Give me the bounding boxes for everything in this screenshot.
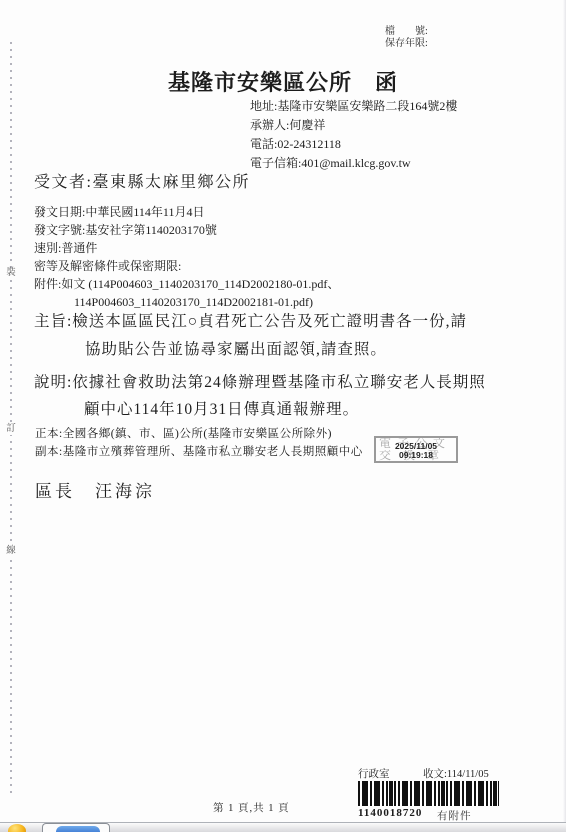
retention-label: 保存年限: bbox=[385, 38, 428, 50]
binding-dotted-line bbox=[10, 42, 12, 798]
distribution-copy: 副本:基隆市立殯葬管理所、基隆市私立聯安老人長期照顧中心 bbox=[35, 443, 363, 459]
sender-address: 地址:基隆市安樂區安樂路二段164號2樓 bbox=[250, 97, 457, 116]
app-pill-icon bbox=[56, 826, 100, 832]
meta-doc-number: 發文字號:基安社字第1140203170號 bbox=[34, 221, 339, 239]
taskbar-app-button[interactable] bbox=[42, 823, 110, 832]
distribution-original: 正本:全國各鄉(鎮、市、區)公所(基隆市安樂區公所除外) bbox=[35, 425, 332, 441]
barcode bbox=[358, 781, 499, 806]
file-number-label: 檔 號: bbox=[385, 26, 428, 38]
sender-email: 電子信箱:401@mail.klcg.gov.tw bbox=[250, 154, 457, 173]
file-number-block: 檔 號: 保存年限: bbox=[385, 26, 428, 49]
document-page: 裝 訂 線 檔 號: 保存年限: 基隆市安樂區公所 函 地址:基隆市安樂區安樂路… bbox=[0, 0, 566, 832]
binding-mark-ding: 訂 bbox=[4, 424, 18, 435]
sender-phone: 電話:02-24312118 bbox=[250, 135, 457, 154]
page-number: 第 1 頁,共 1 頁 bbox=[213, 800, 290, 815]
sender-person: 承辦人:何慶祥 bbox=[250, 116, 457, 135]
meta-speed: 速別:普通件 bbox=[34, 239, 339, 257]
subject-line-2: 協助貼公告並協尋家屬出面認領,請查照。 bbox=[85, 337, 387, 359]
metadata-block: 發文日期:中華民國114年11月4日 發文字號:基安社字第1140203170號… bbox=[34, 203, 339, 311]
meta-security: 密等及解密條件或保密期限: bbox=[34, 257, 339, 275]
binding-mark-xian: 線 bbox=[4, 546, 18, 557]
footer-office: 行政室 bbox=[358, 766, 390, 781]
binding-mark-zhuang: 裝 bbox=[4, 268, 18, 279]
subject-line-1: 主旨:檢送本區區民江○貞君死亡公告及死亡證明書各一份,請 bbox=[34, 309, 467, 331]
attachment-flag: 有附件 bbox=[437, 808, 472, 823]
stamp-datetime: 2025/11/05 09:19:18 bbox=[376, 442, 456, 459]
footer-received-date: 收文:114/11/05 bbox=[423, 766, 489, 781]
meta-attachment-line1: 附件:如文 (114P004603_1140203170_114D2002180… bbox=[34, 275, 339, 293]
recipient-line: 受文者:臺東縣太麻里鄉公所 bbox=[34, 169, 250, 192]
document-title: 基隆市安樂區公所 函 bbox=[0, 66, 566, 97]
meta-issue-date: 發文日期:中華民國114年11月4日 bbox=[34, 203, 339, 221]
description-line-2: 顧中心114年10月31日傳真通報辦理。 bbox=[84, 397, 359, 419]
signature-line: 區長 汪海淙 bbox=[35, 477, 155, 502]
sender-contact-block: 地址:基隆市安樂區安樂路二段164號2樓 承辦人:何慶祥 電話:02-24312… bbox=[250, 97, 457, 173]
start-orb-icon[interactable] bbox=[8, 824, 26, 832]
stamp-time: 09:19:18 bbox=[376, 451, 456, 460]
description-line-1: 說明:依據社會救助法第24條辦理暨基隆市私立聯安老人長期照 bbox=[34, 370, 486, 392]
electronic-exchange-stamp: 電子公文 交換章 2025/11/05 09:19:18 bbox=[374, 436, 458, 463]
barcode-number: 1140018720 bbox=[358, 807, 422, 819]
